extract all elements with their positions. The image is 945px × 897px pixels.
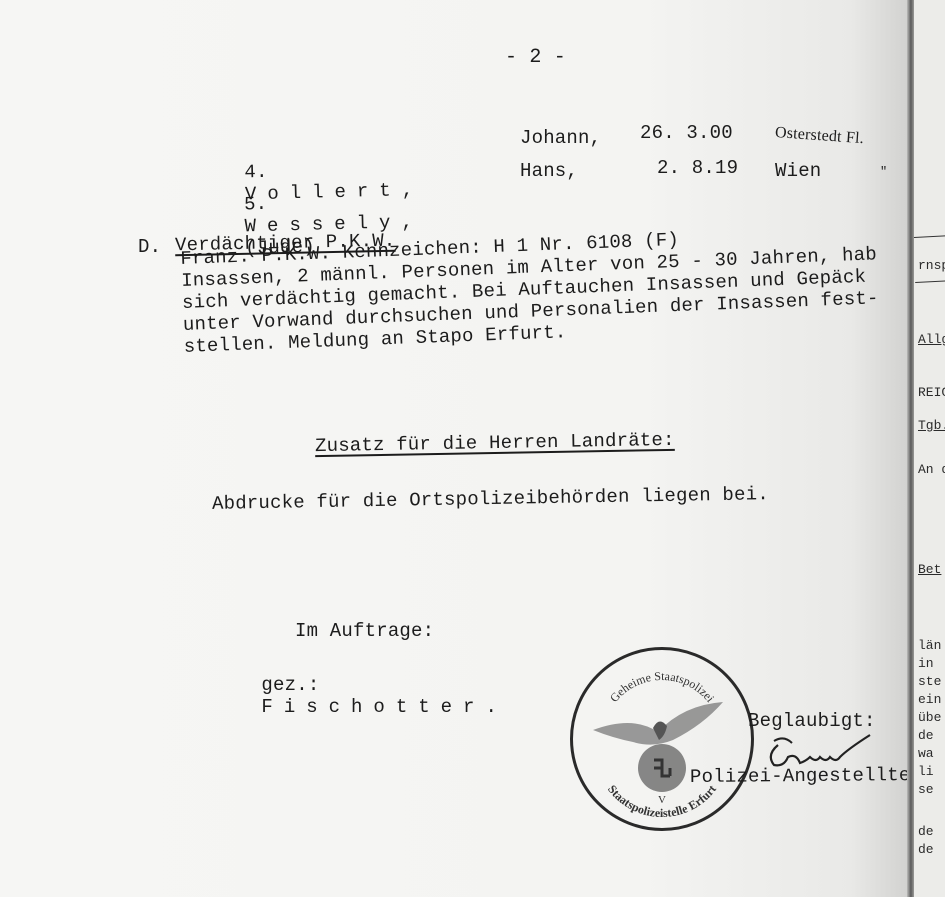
adjacent-fragment: wa	[918, 746, 934, 761]
svg-text:Geheime Staatspolizei: Geheime Staatspolizei	[607, 669, 718, 705]
adjacent-fragment: übe	[918, 710, 941, 725]
person-birthdate: 2. 8.19	[657, 157, 738, 179]
certified-label: Beglaubigt:	[748, 710, 876, 732]
adjacent-fragment: ein	[918, 692, 941, 707]
svg-text:V: V	[658, 794, 666, 806]
adjacent-fragment: Tgb.	[918, 418, 945, 433]
person-extra: "	[880, 165, 887, 179]
certifier-role: Polizei-Angestellte.	[690, 764, 922, 788]
person-birthdate: 26. 3.00	[640, 122, 733, 144]
adjacent-fragment: An d	[918, 462, 945, 477]
eagle-seal-icon: Geheime Staatspolizei Staatspolizeistell…	[573, 650, 751, 828]
official-stamp: Geheime Staatspolizei Staatspolizeistell…	[570, 647, 754, 831]
person-firstname: Hans,	[520, 160, 578, 182]
adjacent-fragment: de	[918, 728, 934, 743]
person-birthplace: Wien	[775, 160, 821, 182]
supplement-heading: Zusatz für die Herren Landräte:	[315, 429, 675, 457]
page-number: - 2 -	[505, 46, 566, 69]
signed-label: gez.:	[261, 674, 319, 696]
document-page: - 2 - 4. Vollert, Johann, 26. 3.00 Oster…	[0, 0, 915, 897]
supplement-text: Abdrucke für die Ortspolizeibehörden lie…	[212, 483, 769, 515]
adjacent-fragment: REIC	[918, 385, 945, 400]
adjacent-fragment: de	[918, 842, 934, 857]
adjacent-fragment: li	[918, 764, 934, 779]
adjacent-fragment: län	[918, 638, 941, 653]
adjacent-fragment: Bet	[918, 562, 941, 577]
adjacent-page: rnspr Allg REIC Tgb. An d Bet län in ste…	[914, 0, 945, 897]
page-fold	[907, 0, 914, 897]
adjacent-fragment: de	[918, 824, 934, 839]
section-letter: D.	[138, 236, 161, 258]
signed-name: Fischotter.	[261, 696, 507, 718]
adjacent-fragment: ste	[918, 674, 941, 689]
person-birthplace: Osterstedt Fl.	[774, 124, 864, 148]
adjacent-fragment: in	[918, 656, 934, 671]
adjacent-fragment: Allg	[918, 332, 945, 347]
adjacent-fragment: se	[918, 782, 934, 797]
adjacent-fragment: rnspr	[918, 258, 945, 273]
by-order-label: Im Auftrage:	[295, 620, 434, 642]
person-index: 5.	[244, 193, 268, 216]
person-firstname: Johann,	[520, 127, 601, 149]
